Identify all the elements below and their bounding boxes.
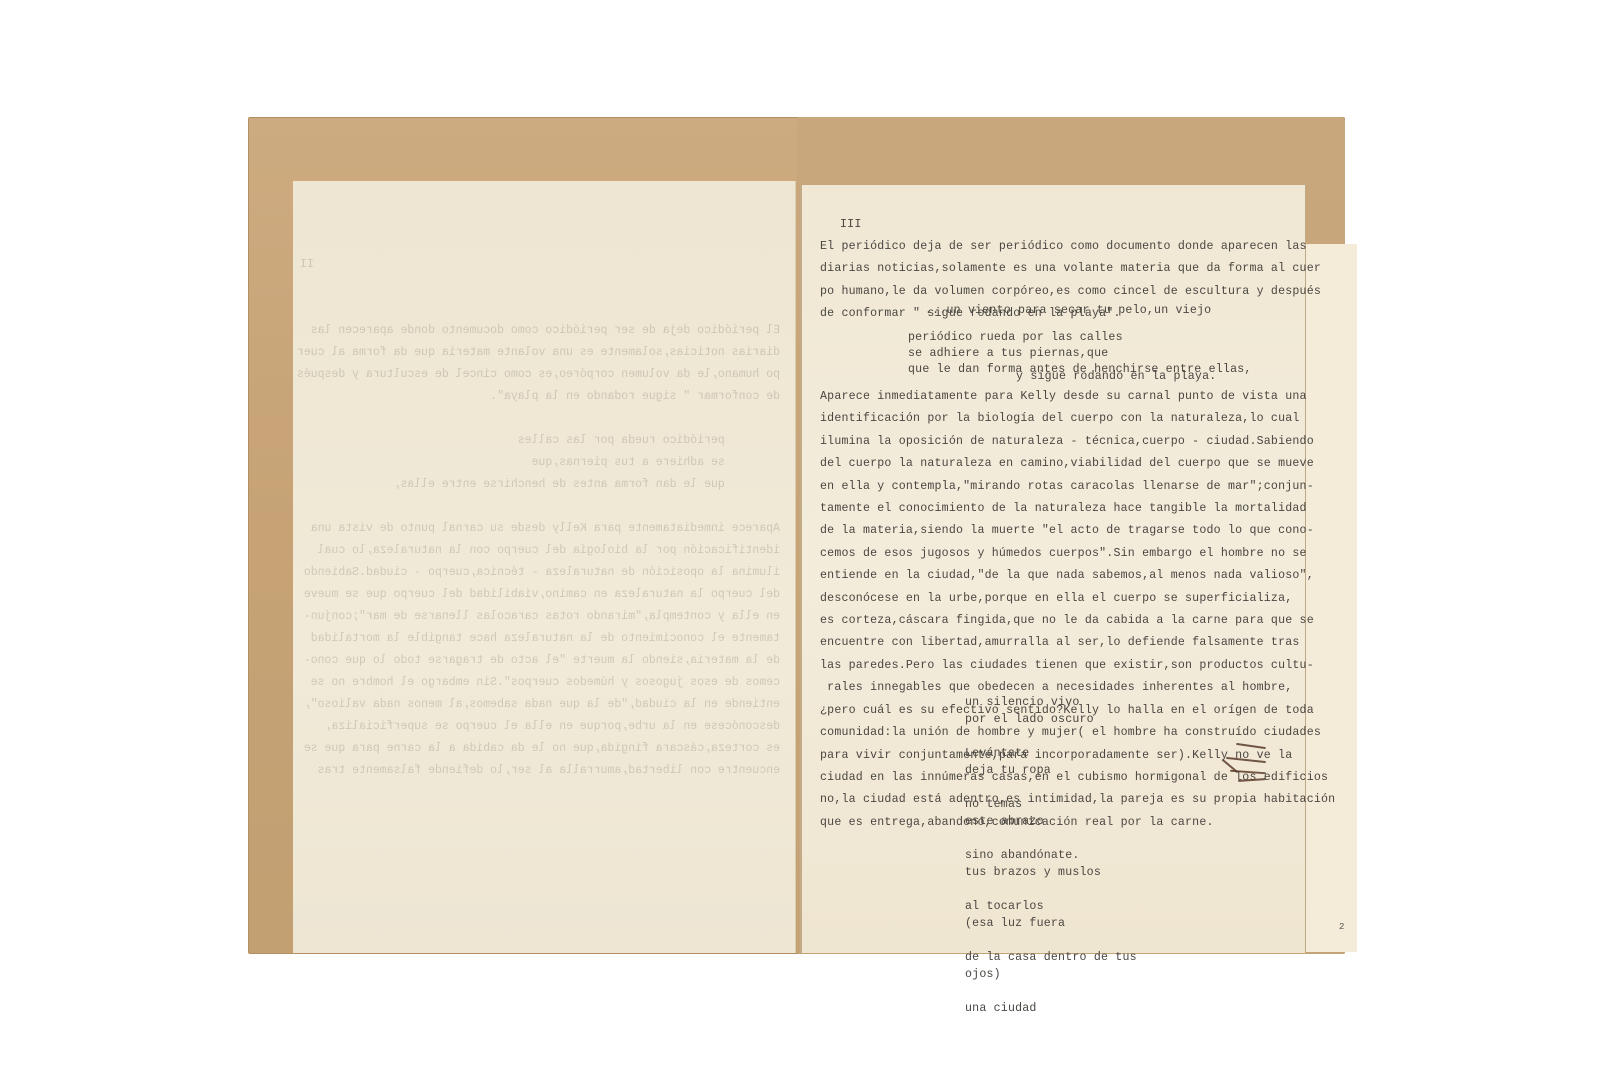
right-page-marker: III (840, 214, 861, 236)
ink-stamp-mark (1218, 735, 1273, 785)
verse-2: un silencio vivo por el lado oscuro Levá… (965, 694, 1137, 1017)
insert-page-number: 2 (1339, 922, 1344, 932)
left-page-marker: II (300, 254, 780, 276)
verse-1-opening: ...un viento para secar tu pelo,un viejo (925, 300, 1211, 322)
bleed-through-text: El periódico deja de ser periódico como … (297, 324, 780, 777)
left-page-bleed-through: II El periódico deja de ser periódico co… (300, 210, 780, 782)
